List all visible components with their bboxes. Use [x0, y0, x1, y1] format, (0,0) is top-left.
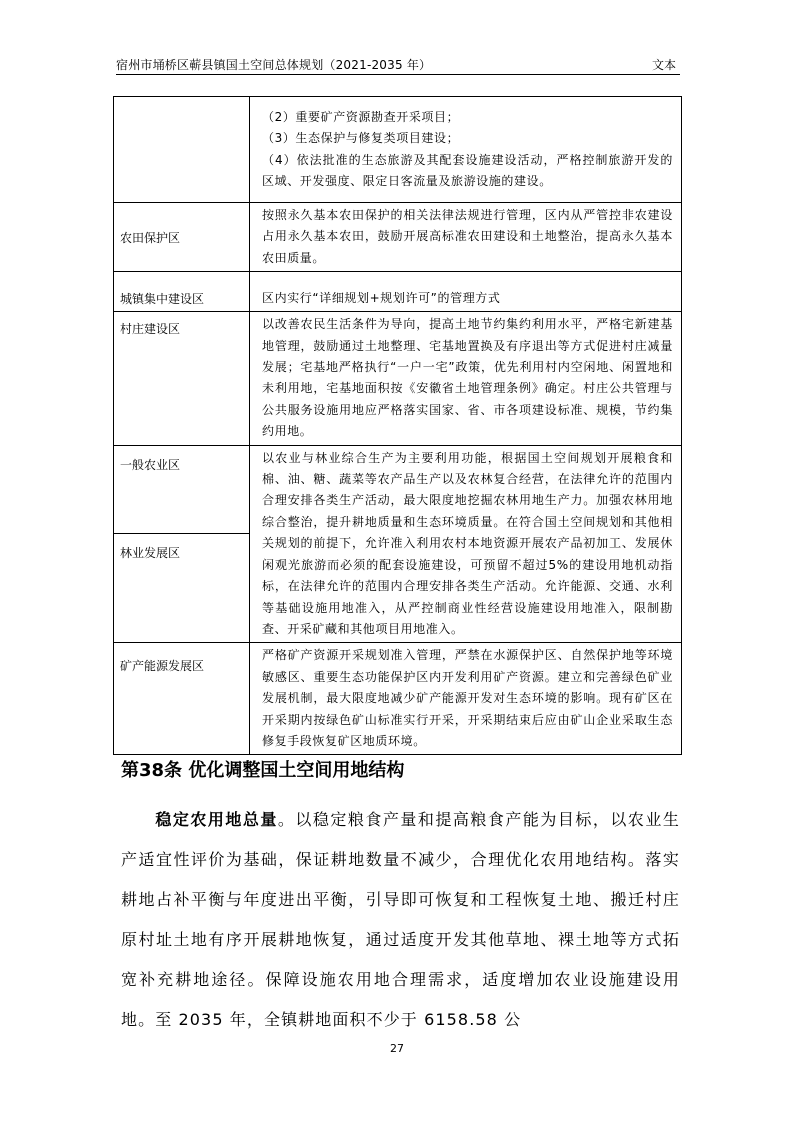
zone-description-cell: 区内实行“详细规划+规划许可”的管理方式	[250, 272, 682, 312]
zone-description-cell: 按照永久基本农田保护的相关法律法规进行管理，区内从严管控非农建设占用永久基本农田…	[250, 203, 682, 272]
zone-name-cell: 城镇集中建设区	[114, 272, 250, 312]
zone-name-cell: 村庄建设区	[114, 312, 250, 445]
zone-name-cell: 农田保护区	[114, 203, 250, 272]
zone-description-cell: 以农业与林业综合生产为主要利用功能，根据国土空间规划开展粮食和棉、油、糖、蔬菜等…	[250, 445, 682, 643]
list-item: （2）重要矿产资源勘查开采项目；	[262, 107, 673, 128]
list-item: （4）依法批准的生态旅游及其配套设施建设活动，严格控制旅游开发的区域、开发强度、…	[262, 150, 673, 193]
document-type-label: 文本	[652, 56, 676, 73]
table-row: 城镇集中建设区 区内实行“详细规划+规划许可”的管理方式	[114, 272, 682, 312]
zone-description-cell: 严格矿产资源开采规划准入管理，严禁在水源保护区、自然保护地等环境敏感区、重要生态…	[250, 643, 682, 755]
zone-name-cell: 一般农业区	[114, 445, 250, 533]
list-item: （3）生态保护与修复类项目建设；	[262, 128, 673, 149]
table-row: 一般农业区 以农业与林业综合生产为主要利用功能，根据国土空间规划开展粮食和棉、油…	[114, 445, 682, 533]
table-row: 村庄建设区 以改善农民生活条件为导向，提高土地节约集约利用水平，严格宅新建基地管…	[114, 312, 682, 445]
paragraph-text: 。以稳定粮食产量和提高粮食产能为目标，以农业生产适宜性评价为基础，保证耕地数量不…	[121, 810, 680, 1029]
zone-name-cell: 林业发展区	[114, 533, 250, 642]
body-paragraph: 稳定农用地总量。以稳定粮食产量和提高粮食产能为目标，以农业生产适宜性评价为基础，…	[121, 800, 680, 1040]
table-row: 农田保护区 按照永久基本农田保护的相关法律法规进行管理，区内从严管控非农建设占用…	[114, 203, 682, 272]
table-row: （2）重要矿产资源勘查开采项目； （3）生态保护与修复类项目建设； （4）依法批…	[114, 97, 682, 203]
zone-management-table: （2）重要矿产资源勘查开采项目； （3）生态保护与修复类项目建设； （4）依法批…	[113, 96, 682, 755]
document-title: 宿州市埇桥区蕲县镇国土空间总体规划（2021-2035 年）	[116, 56, 431, 73]
page-header: 宿州市埇桥区蕲县镇国土空间总体规划（2021-2035 年） 文本	[116, 52, 680, 75]
page-number: 27	[0, 1042, 794, 1055]
zone-description-cell: （2）重要矿产资源勘查开采项目； （3）生态保护与修复类项目建设； （4）依法批…	[250, 97, 682, 203]
table-row: 矿产能源发展区 严格矿产资源开采规划准入管理，严禁在水源保护区、自然保护地等环境…	[114, 643, 682, 755]
zone-description-cell: 以改善农民生活条件为导向，提高土地节约集约利用水平，严格宅新建基地管理，鼓励通过…	[250, 312, 682, 445]
paragraph-lead: 稳定农用地总量	[155, 810, 278, 829]
section-heading: 第38条 优化调整国土空间用地结构	[121, 756, 404, 782]
zone-name-cell: 矿产能源发展区	[114, 643, 250, 755]
zone-name-cell	[114, 97, 250, 203]
